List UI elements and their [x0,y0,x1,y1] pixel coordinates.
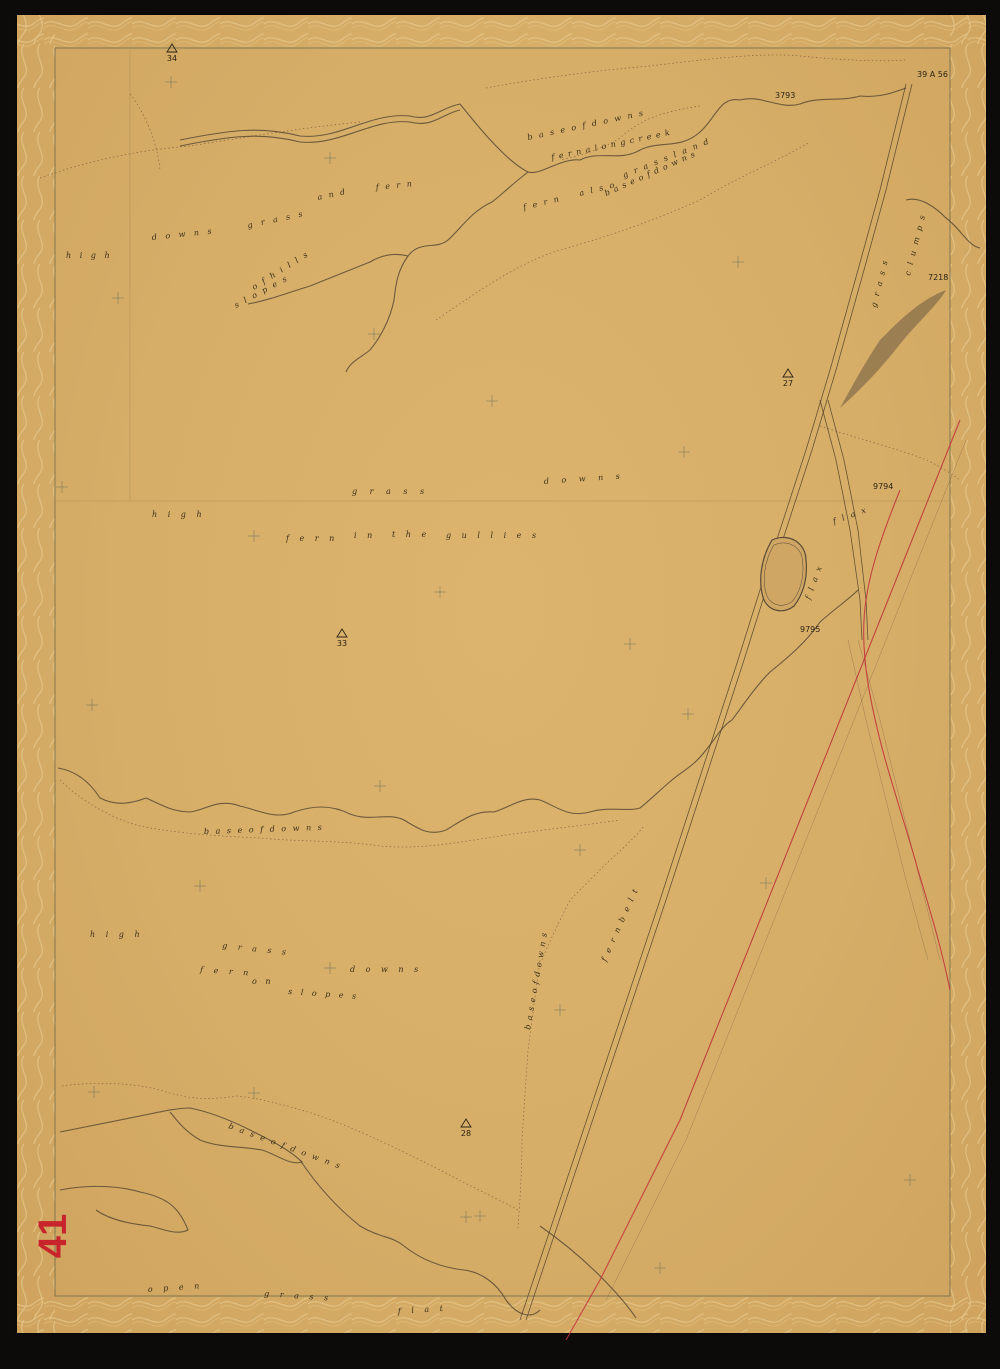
fence-line [436,142,810,320]
survey-guide-line [858,640,940,960]
sheet-reference-label: 39 A 56 [917,70,948,79]
grid-cross-icon [654,1262,666,1274]
river-channel [840,290,946,408]
land-label: b a s e o f d o w n s [204,823,324,836]
fence-line [130,94,160,170]
trig-station-number: 33 [337,639,347,648]
grid-cross-icon [86,699,98,711]
grid-cross-icon [486,395,498,407]
grid-cross-icon [194,880,206,892]
grid-cross-icon [248,1087,260,1099]
land-label: b a s e o f d o w n s [603,149,697,197]
land-label: a n d [317,187,348,202]
spot-height-label: 9795 [800,625,820,634]
creek-line [732,590,858,720]
land-label: i n [354,531,376,540]
creek-line [58,720,732,832]
grid-cross-icon [682,708,694,720]
survey-red-lines [566,420,960,1340]
grid-cross-icon [324,152,336,164]
creek-line [300,1160,540,1315]
fence-line [486,55,906,88]
land-label: d o w n s [151,226,215,242]
grid-cross-icon [56,481,68,493]
creek-line [180,110,460,146]
grid-cross-icon [248,530,260,542]
trig-station-number: 34 [167,54,177,63]
spot-height-label: 3793 [775,91,795,100]
grid-cross-icon [112,292,124,304]
trig-station: 28 [461,1119,471,1138]
grid-cross-icon [460,1211,472,1223]
land-label: f e r n [521,194,561,212]
land-label: c l u m p s [903,212,927,276]
grid-cross-icon [374,780,386,792]
grid-cross-icon [760,877,772,889]
paper-fold-lines [55,48,950,501]
grid-cross-icon [165,76,177,88]
grid-cross-icon [678,446,690,458]
grid-cross-icon [434,586,446,598]
triangle-icon [337,629,347,637]
trig-station: 33 [337,629,347,648]
grid-cross-icon [474,1210,486,1222]
grid-cross-icon [554,1004,566,1016]
spot-height-label: 9794 [873,482,893,491]
trig-stations: 34273328 [167,44,793,1138]
triangle-icon [461,1119,471,1127]
sheet-number: 41 [31,1214,75,1259]
land-description-labels: h i g hd o w n sg r a s sa n df e r ns l… [66,108,927,1316]
land-label: g r a s s [869,258,890,309]
map-canvas[interactable]: h i g hd o w n sg r a s sa n df e r ns l… [0,0,1000,1369]
land-label: g r a s s [247,209,307,230]
land-label: s l o p e s [288,987,360,1001]
land-label: f e r n [199,965,253,978]
land-label: o p e n [148,1281,204,1294]
triangle-icon [783,369,793,377]
railway-line [520,84,906,1320]
survey-red-line [566,420,960,1340]
land-label: f e r n [285,534,338,543]
land-label: f e r n [374,179,414,192]
land-label: h i g h [66,251,113,260]
lagoon [761,537,807,610]
scan-background: h i g hd o w n sg r a s sa n df e r ns l… [0,0,1000,1369]
grid-crosses [56,76,916,1274]
land-label: h i g h [152,510,206,519]
land-label: f l a x [831,505,869,526]
land-label: f e r n b e l t [599,886,640,964]
land-label: h i g h [90,930,144,939]
grid-cross-icon [624,638,636,650]
land-label: g r a s s [352,487,429,496]
spot-height-label: 7218 [928,273,948,282]
creek-lines [58,88,980,1318]
grid-cross-icon [88,1086,100,1098]
grid-cross-icon [904,1174,916,1186]
grid-cross-icon [732,256,744,268]
decorative-border [17,15,986,1333]
land-label: g u l l i e s [446,531,540,540]
water-features [761,290,946,611]
land-label: d o w n s [544,471,626,486]
grid-cross-icon [574,844,586,856]
land-label: d o w n s [350,965,422,974]
trig-station-number: 27 [783,379,793,388]
land-label: g r a s s [222,941,291,957]
railway-line [526,84,912,1320]
land-label: o n [252,977,274,986]
survey-red-line [864,490,950,990]
land-label: b a s e o f d o w n s [523,931,549,1030]
survey-guide-line [848,640,928,960]
railway-lines [520,84,912,1320]
creek-line [60,1186,188,1232]
trig-station: 27 [783,369,793,388]
grid-cross-icon [324,962,336,974]
fence-line [40,122,360,178]
land-label: t h e [392,530,430,539]
land-label: b a s e o f d o w n s [227,1121,343,1170]
fence-line [60,780,620,847]
trig-station-number: 28 [461,1129,471,1138]
creek-line [346,172,528,372]
